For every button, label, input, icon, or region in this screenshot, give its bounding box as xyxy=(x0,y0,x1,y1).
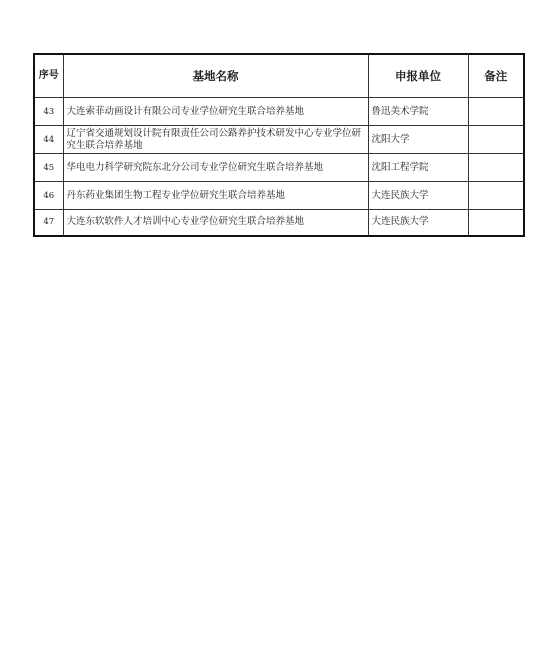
header-seq: 序号 xyxy=(34,54,63,98)
table-row: 46 丹东药业集团生物工程专业学位研究生联合培养基地 大连民族大学 xyxy=(34,182,524,210)
cell-unit: 鲁迅美术学院 xyxy=(368,98,468,126)
table-row: 44 辽宁省交通规划设计院有限责任公司公路养护技术研发中心专业学位研究生联合培养… xyxy=(34,126,524,154)
cell-seq: 46 xyxy=(34,182,63,210)
table-row: 43 大连索菲动画设计有限公司专业学位研究生联合培养基地 鲁迅美术学院 xyxy=(34,98,524,126)
cell-name: 丹东药业集团生物工程专业学位研究生联合培养基地 xyxy=(63,182,368,210)
cell-seq: 45 xyxy=(34,154,63,182)
cell-unit: 沈阳大学 xyxy=(368,126,468,154)
cell-unit: 沈阳工程学院 xyxy=(368,154,468,182)
cell-name: 大连索菲动画设计有限公司专业学位研究生联合培养基地 xyxy=(63,98,368,126)
cell-note xyxy=(468,182,524,210)
header-note: 备注 xyxy=(468,54,524,98)
cell-note xyxy=(468,210,524,236)
cell-note xyxy=(468,154,524,182)
cell-unit: 大连民族大学 xyxy=(368,182,468,210)
cell-seq: 44 xyxy=(34,126,63,154)
header-unit: 申报单位 xyxy=(368,54,468,98)
cell-seq: 47 xyxy=(34,210,63,236)
base-list-table: 序号 基地名称 申报单位 备注 43 大连索菲动画设计有限公司专业学位研究生联合… xyxy=(33,53,525,237)
cell-note xyxy=(468,126,524,154)
header-row: 序号 基地名称 申报单位 备注 xyxy=(34,54,524,98)
cell-seq: 43 xyxy=(34,98,63,126)
cell-name: 华电电力科学研究院东北分公司专业学位研究生联合培养基地 xyxy=(63,154,368,182)
cell-name: 大连东软软件人才培训中心专业学位研究生联合培养基地 xyxy=(63,210,368,236)
cell-unit: 大连民族大学 xyxy=(368,210,468,236)
header-name: 基地名称 xyxy=(63,54,368,98)
cell-note xyxy=(468,98,524,126)
table-row: 47 大连东软软件人才培训中心专业学位研究生联合培养基地 大连民族大学 xyxy=(34,210,524,236)
cell-name: 辽宁省交通规划设计院有限责任公司公路养护技术研发中心专业学位研究生联合培养基地 xyxy=(63,126,368,154)
table-row: 45 华电电力科学研究院东北分公司专业学位研究生联合培养基地 沈阳工程学院 xyxy=(34,154,524,182)
